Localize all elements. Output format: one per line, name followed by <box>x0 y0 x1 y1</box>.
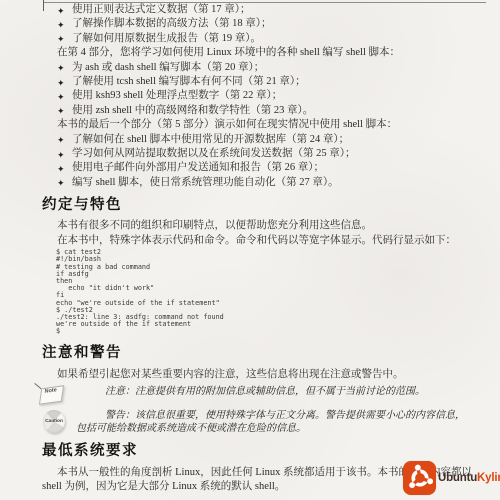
note-paper-icon: Note <box>39 385 64 405</box>
bullet-star-icon: ✦ <box>57 61 65 75</box>
list-item: ✦使用电子邮件向外部用户发送通知和报告（第 26 章）； <box>42 161 476 175</box>
caution-icon-label: Caution <box>45 419 63 424</box>
section-heading-conventions: 约定与特色 <box>42 197 476 214</box>
note-icon-label: Note <box>44 387 57 395</box>
section-heading-requirements: 最低系统要求 <box>42 443 476 460</box>
list-item-text: 为 ash 或 dash shell 编写脚本（第 20 章）； <box>72 62 264 73</box>
circle-of-friends-icon <box>406 464 434 492</box>
list-item: ✦使用 ksh93 shell 处理浮点型数字（第 22 章）； <box>42 89 476 103</box>
code-block: $ cat test2 #!/bin/bash # testing a bad … <box>56 249 476 335</box>
bullet-star-icon: ✦ <box>57 18 65 32</box>
wordmark-ubuntu: Ubuntu <box>438 472 477 484</box>
section-heading-notes: 注意和警告 <box>42 345 476 362</box>
list-item-text: 了解操作脚本数据的高级方法（第 18 章）； <box>72 18 272 29</box>
page-content: ✦使用正则表达式定义数据（第 17 章）； ✦了解操作脚本数据的高级方法（第 1… <box>42 3 476 495</box>
bullet-star-icon: ✦ <box>57 90 65 104</box>
bullet-star-icon: ✦ <box>57 4 65 18</box>
code-line: $ cat test2 <box>56 249 476 256</box>
warning-text-line1: 警告：该信息很重要，使用特殊字体与正文分离。警告提供需要小心的内容信息， <box>42 409 476 422</box>
list-item: ✦了解操作脚本数据的高级方法（第 18 章）； <box>42 17 476 31</box>
caution-callout: Caution 警告：该信息很重要，使用特殊字体与正文分离。警告提供需要小心的内… <box>42 409 476 435</box>
bullet-star-icon: ✦ <box>57 176 65 190</box>
list-item-text: 学习如何从网站提取数据以及在系统间发送数据（第 25 章）； <box>72 148 356 159</box>
part4-intro-paragraph: 在第 4 部分，您将学习如何使用 Linux 环境中的各种 shell 编写 s… <box>42 46 476 60</box>
wordmark-kylin: Kylin <box>477 472 500 484</box>
warning-text-line2: 包括可能给数据或系统造成不便或潜在危险的信息。 <box>42 422 476 435</box>
list-item-text: 了解如何在 shell 脚本中使用常见的开源数据库（第 24 章）； <box>72 134 349 145</box>
part4-bullet-list: ✦为 ash 或 dash shell 编写脚本（第 20 章）； ✦了解使用 … <box>42 61 476 119</box>
code-line: echo "it didn't work" <box>56 285 476 292</box>
note-callout: Note 注意：注意提供有用的附加信息或辅助信息，但不属于当前讨论的范围。 <box>42 385 476 407</box>
list-item-text: 使用电子邮件向外部用户发送通知和报告（第 26 章）； <box>72 162 324 173</box>
list-item: ✦了解如何在 shell 脚本中使用常见的开源数据库（第 24 章）； <box>42 133 476 147</box>
ubuntukylin-logo: UbuntuKylin <box>403 461 500 495</box>
ubuntu-logo-badge <box>403 461 436 495</box>
bullet-star-icon: ✦ <box>57 148 65 162</box>
list-item: ✦使用 zsh shell 中的高级网络和数学特性（第 23 章）。 <box>42 104 476 118</box>
list-item-text: 了解使用 tcsh shell 编写脚本有何不同（第 21 章）； <box>72 76 306 87</box>
part5-intro-paragraph: 本书的最后一个部分（第 5 部分）演示如何在现实情况中使用 shell 脚本： <box>42 118 476 132</box>
notes-intro-paragraph: 如果希望引起您对某些重要内容的注意，这些信息将出现在注意或警告中。 <box>42 368 476 382</box>
list-item: ✦为 ash 或 dash shell 编写脚本（第 20 章）； <box>42 61 476 75</box>
code-line: we're outside of the if statement <box>56 321 476 328</box>
list-item: ✦学习如何从网站提取数据以及在系统间发送数据（第 25 章）； <box>42 147 476 161</box>
caution-icon: Caution <box>43 410 65 433</box>
list-item-text: 使用正则表达式定义数据（第 17 章）； <box>72 4 251 15</box>
bullet-star-icon: ✦ <box>57 162 65 176</box>
code-line: $ <box>56 328 476 335</box>
list-item-text: 使用 ksh93 shell 处理浮点型数字（第 22 章）； <box>72 90 282 101</box>
list-item: ✦了解如何用原数据生成报告（第 19 章）。 <box>42 32 476 46</box>
list-item-text: 使用 zsh shell 中的高级网络和数学特性（第 23 章）。 <box>72 105 313 116</box>
code-line: echo "we're outside of the if statement" <box>56 300 476 307</box>
scanned-book-page: ✦使用正则表达式定义数据（第 17 章）； ✦了解操作脚本数据的高级方法（第 1… <box>0 0 500 500</box>
code-line: # testing a bad command <box>56 264 476 271</box>
list-item-text: 编写 shell 脚本，使日常系统管理功能自动化（第 27 章）。 <box>72 177 339 188</box>
list-item: ✦编写 shell 脚本，使日常系统管理功能自动化（第 27 章）。 <box>42 176 476 190</box>
note-text: 注意：注意提供有用的附加信息或辅助信息，但不属于当前讨论的范围。 <box>42 385 476 398</box>
bullet-star-icon: ✦ <box>57 76 65 90</box>
list-item: ✦了解使用 tcsh shell 编写脚本有何不同（第 21 章）； <box>42 75 476 89</box>
note-icon: Note <box>35 383 67 407</box>
conventions-paragraph-2: 在本书中，特殊字体表示代码和命令。命令和代码以等宽字体显示。代码行显示如下： <box>42 234 476 248</box>
bullet-star-icon: ✦ <box>57 133 65 147</box>
code-line: if asdfg <box>56 271 476 278</box>
list-item: ✦使用正则表达式定义数据（第 17 章）； <box>42 3 476 17</box>
list-item-text: 了解如何用原数据生成报告（第 19 章）。 <box>72 33 261 44</box>
part3-bullet-list: ✦使用正则表达式定义数据（第 17 章）； ✦了解操作脚本数据的高级方法（第 1… <box>42 3 476 46</box>
ubuntukylin-wordmark: UbuntuKylin <box>438 472 500 484</box>
part5-bullet-list: ✦了解如何在 shell 脚本中使用常见的开源数据库（第 24 章）； ✦学习如… <box>42 133 476 191</box>
bullet-star-icon: ✦ <box>57 32 65 46</box>
conventions-paragraph-1: 本书有很多不同的组织和印刷特点，以便帮助您充分利用这些信息。 <box>42 219 476 233</box>
bullet-star-icon: ✦ <box>57 104 65 118</box>
